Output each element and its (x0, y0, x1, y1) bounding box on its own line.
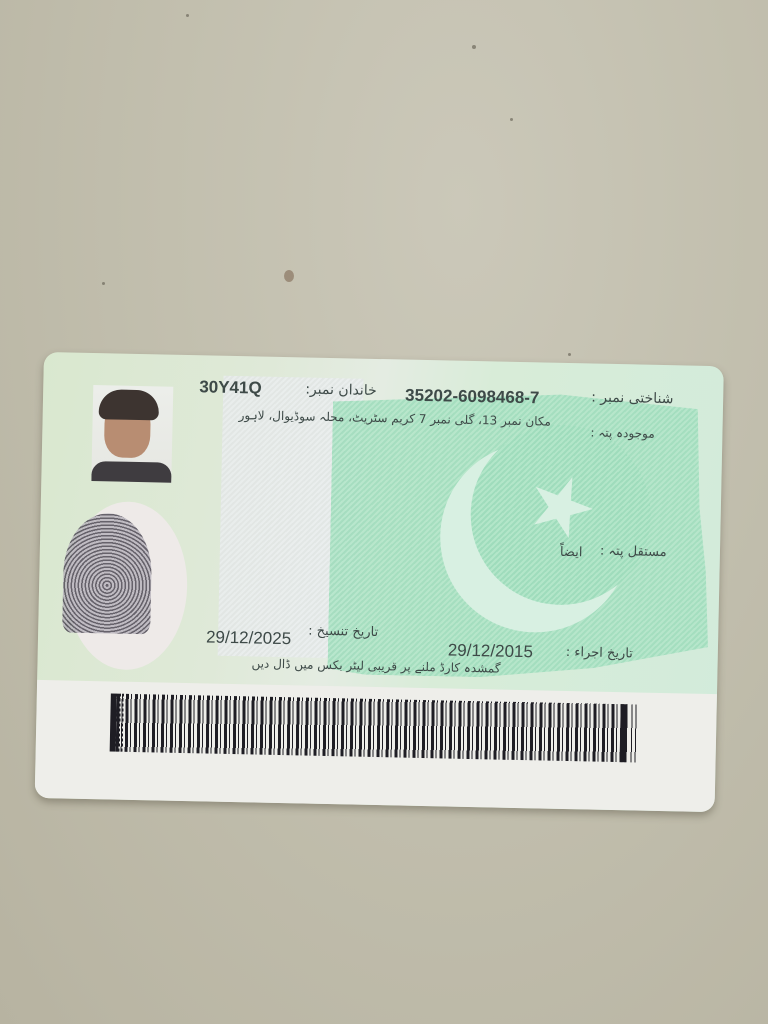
identity-number: 35202-6098468-7 (405, 386, 540, 409)
surface-speck (284, 270, 294, 282)
surface-speck (472, 45, 476, 49)
expiry-date: 29/12/2025 (206, 627, 291, 649)
holder-photo (91, 385, 173, 483)
identity-card: 30Y41Q خاندان نمبر: 35202-6098468-7 شناخ… (35, 352, 724, 812)
issue-date: 29/12/2015 (448, 641, 533, 663)
permanent-address-label: مستقل پتہ : (600, 544, 667, 560)
surface-speck (510, 118, 513, 121)
expiry-date-label: تاریخ تنسیخ : (308, 624, 378, 640)
barcode-stop-pattern (620, 704, 641, 762)
barcode-icon (116, 694, 629, 763)
surface-speck (568, 353, 571, 356)
fingerprint-icon (62, 512, 152, 634)
family-number-label: خاندان نمبر: (305, 381, 377, 398)
issue-date-label: تاریخ اجراء : (566, 645, 633, 661)
present-address-label: موجودہ پتہ : (590, 425, 655, 440)
permanent-address: ایضاً (560, 545, 583, 560)
surface-speck (102, 282, 105, 285)
family-number: 30Y41Q (199, 377, 262, 398)
identity-number-label: شناختی نمبر : (591, 389, 674, 407)
surface-speck (186, 14, 189, 17)
